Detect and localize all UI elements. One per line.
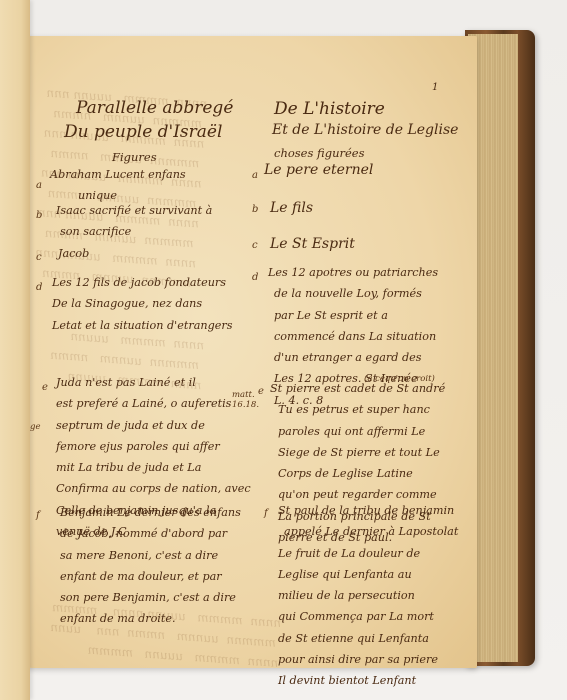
entry-line: pour ainsi dire par sa priere xyxy=(278,649,458,670)
entry-line: Corps de Leglise Latine xyxy=(270,463,445,484)
entry-line: enfant de ma douleur, et par xyxy=(60,566,241,587)
right-marker-c: c xyxy=(252,240,258,251)
page-number: 1 xyxy=(432,82,438,93)
entry-line: Confirma au corps de nation, avec xyxy=(56,478,251,499)
heading-left-line2: Du peuple d'Israël xyxy=(64,122,222,142)
entry-line: Le fils xyxy=(270,198,313,219)
entry-line: enfant de ma droite. xyxy=(60,608,241,629)
entry-line: de la nouvelle Loy, formés xyxy=(268,283,438,304)
right-margin-note-verse: 16.18. xyxy=(232,400,259,410)
entry-line: Jacob xyxy=(58,243,89,264)
heading-right-line1: De L'histoire xyxy=(274,99,385,119)
right-marker-f: f xyxy=(264,508,268,519)
left-marker-e: e xyxy=(42,382,48,393)
entry-line: Siege de St pierre et tout Le xyxy=(270,442,445,463)
right-marker-a: a xyxy=(252,170,258,181)
left-entry-d: Les 12 fils de jacob fondateurs De la Si… xyxy=(52,272,232,336)
entry-line: Le fruit de La douleur de xyxy=(278,543,458,564)
entry-line: commencé dans La situation xyxy=(268,326,438,347)
entry-line: septrum de juda et dux de xyxy=(56,415,251,436)
entry-line: sa mere Benoni, c'est a dire xyxy=(60,545,241,566)
entry-line: Il devint bientot Lenfant xyxy=(278,670,458,691)
entry-line: femore ejus paroles qui affer xyxy=(56,436,251,457)
right-margin-note-matt: matt. xyxy=(232,390,255,400)
entry-line: Les 12 fils de jacob fondateurs xyxy=(52,272,232,293)
left-margin-note: ge xyxy=(30,422,40,432)
left-marker-b: b xyxy=(36,210,42,221)
entry-line: Juda n'est pas Lainé et il xyxy=(56,372,251,393)
left-entry-c: Jacob xyxy=(58,243,89,264)
entry-line: Abraham Lucent enfans xyxy=(50,164,186,185)
entry-line: mit La tribu de juda et La xyxy=(56,457,251,478)
left-marker-d: d xyxy=(36,282,42,293)
entry-line: qui Commença par La mort xyxy=(278,606,458,627)
left-marker-f: f xyxy=(36,510,40,521)
entry-line: Isaac sacrifié et survivant à xyxy=(56,200,212,221)
left-flyleaf xyxy=(0,0,30,700)
left-marker-c: c xyxy=(36,252,42,263)
entry-line: de Jacob, nommé d'abord par xyxy=(60,523,241,544)
entry-line: son pere Benjamin, c'est a dire xyxy=(60,587,241,608)
left-marker-a: a xyxy=(36,180,42,191)
entry-line: de St etienne qui Lenfanta xyxy=(278,628,458,649)
right-entry-f: St paul de la tribu de benjamin appelé L… xyxy=(278,500,458,692)
entry-line: d'un etranger a egard des xyxy=(268,347,438,368)
right-entry-a: Le pere eternel xyxy=(264,160,373,181)
entry-line: Le St Esprit xyxy=(270,234,355,255)
left-entry-f: Benjamin Le dernier des enfans de Jacob,… xyxy=(60,502,241,630)
heading-right-line2: Et de L'histoire de Leglise xyxy=(272,122,458,138)
entry-line: paroles qui ont affermi Le xyxy=(270,421,445,442)
left-subheading: Figures xyxy=(112,150,157,164)
entry-line: St paul de la tribu de benjamin xyxy=(278,500,458,521)
entry-line: Leglise qui Lenfanta au xyxy=(278,564,458,585)
entry-line: son sacrifice xyxy=(56,221,212,242)
right-entry-c: Le St Esprit xyxy=(270,234,355,255)
entry-line: Letat et la situation d'etrangers xyxy=(52,315,232,336)
entry-line: milieu de la persecution xyxy=(278,585,458,606)
entry-line: Le pere eternel xyxy=(264,160,373,181)
entry-line: De la Sinagogue, nez dans xyxy=(52,293,232,314)
right-marker-d: d xyxy=(252,272,258,283)
entry-line: appelé Le dernier à Lapostolat xyxy=(278,521,458,542)
entry-line: Benjamin Le dernier des enfans xyxy=(60,502,241,523)
right-marker-e: e xyxy=(258,386,264,397)
entry-line: Les 12 apotres ou patriarches xyxy=(268,262,438,283)
entry-line: par Le St esprit et a xyxy=(268,305,438,326)
heading-left-line1: Parallelle abbregé xyxy=(76,98,233,118)
entry-line: St pierre est cadet de St andré xyxy=(270,378,445,399)
right-entry-b: Le fils xyxy=(270,198,313,219)
right-marker-b: b xyxy=(252,204,258,215)
entry-line: est preferé a Lainé, o auferetis xyxy=(56,393,251,414)
right-subheading: choses figurées xyxy=(274,146,364,160)
left-entry-b: Isaac sacrifié et survivant à son sacrif… xyxy=(56,200,212,243)
entry-line: Tu es petrus et super hanc xyxy=(270,399,445,420)
